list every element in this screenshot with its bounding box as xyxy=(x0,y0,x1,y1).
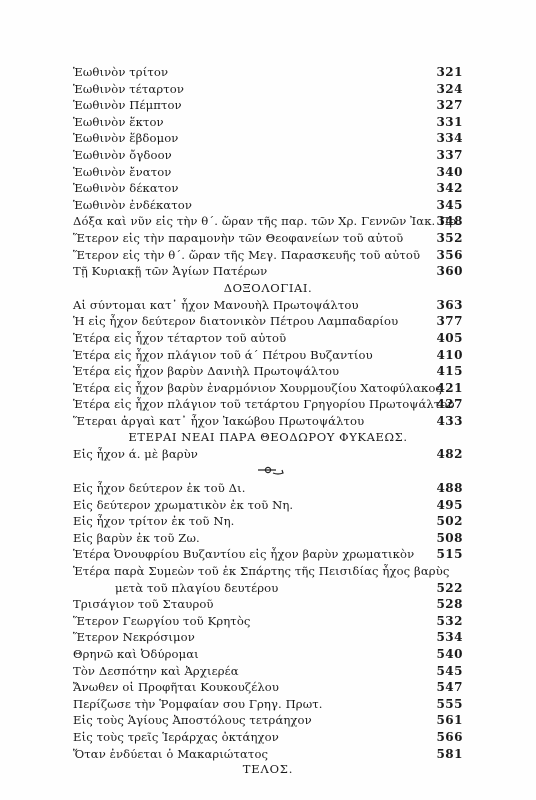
entry-page: 337 xyxy=(436,147,463,164)
entry-title: Εἰς ἦχον δεύτερον ἐκ τοῦ Δι. xyxy=(73,480,246,497)
toc-entry: Ἑωθινὸν ἕβδομον334 xyxy=(73,130,463,147)
entry-title: Ἑτέρα εἰς ἦχον τέταρτον τοῦ αὐτοῦ xyxy=(73,330,286,347)
entry-title: Ἑωθινὸν ἐνδέκατον xyxy=(73,197,192,214)
toc-entry: Ἑωθινὸν τέταρτον324 xyxy=(73,81,463,98)
entry-title: Ἕτερον εἰς τὴν θ΄. ὥραν τῆς Μεγ. Παρασκε… xyxy=(73,247,420,264)
entry-title: Εἰς βαρὺν ἐκ τοῦ Ζω. xyxy=(73,530,200,547)
toc-entry: Ἑωθινὸν ἕκτον331 xyxy=(73,114,463,131)
entry-title: Εἰς τοὺς τρεῖς Ἱεράρχας ὀκτάηχον xyxy=(73,729,279,746)
entry-page: 415 xyxy=(436,363,463,380)
toc-entry: Ἑωθινὸν ἔνατον340 xyxy=(73,164,463,181)
section-heading-fykaeos: ΕΤΕΡΑΙ ΝΕΑΙ ΠΑΡΑ ΘΕΟΔΩΡΟΥ ΦΥΚΑΕΩΣ. xyxy=(73,429,463,446)
entry-title: Εἰς ἦχον τρίτον ἐκ τοῦ Νη. xyxy=(73,513,234,530)
ornament-icon xyxy=(256,466,292,478)
toc-entry: Ἕτεραι ἀργαὶ κατ᾿ ἦχον Ἰακώβου Πρωτοψάλτ… xyxy=(73,413,463,430)
toc-entry-multiline-line1: Ἑτέρα παρὰ Συμεὼν τοῦ ἐκ Σπάρτης τῆς Πει… xyxy=(73,563,463,580)
entry-page: 561 xyxy=(436,712,463,729)
toc-entry: Ἑωθινὸν ὄγδοον337 xyxy=(73,147,463,164)
entry-page: 482 xyxy=(436,446,463,463)
entry-page: 360 xyxy=(436,263,463,280)
toc-entry: Αἱ σύντομαι κατ᾿ ἦχον Μανουὴλ Πρωτοψάλτο… xyxy=(73,297,463,314)
entry-page: 427 xyxy=(436,396,463,413)
toc-entry: Ἡ εἰς ἦχον δεύτερον διατονικὸν Πέτρου Λα… xyxy=(73,313,463,330)
entry-page: 502 xyxy=(436,513,463,530)
toc-entry: Ἑωθινὸν δέκατον342 xyxy=(73,180,463,197)
entry-title: Ἑωθινὸν ὄγδοον xyxy=(73,147,172,164)
entry-title: Ἑτέρα Ὀνουφρίου Βυζαντίου εἰς ἦχον βαρὺν… xyxy=(73,546,414,563)
entry-title: Εἰς τοὺς Ἁγίους Ἀποστόλους τετράηχον xyxy=(73,712,312,729)
entry-title: Ἕτερον εἰς τὴν παραμονὴν τῶν Θεοφανείων … xyxy=(73,230,403,247)
toc-entry: Ἑτέρα εἰς ἦχον τέταρτον τοῦ αὐτοῦ405 xyxy=(73,330,463,347)
entry-page: 515 xyxy=(436,546,463,563)
toc-entry: Ἑτέρα εἰς ἦχον βαρὺν Δανιὴλ Πρωτοψάλτου4… xyxy=(73,363,463,380)
toc-entry: Εἰς δεύτερον χρωματικὸν ἐκ τοῦ Νη.495 xyxy=(73,497,463,514)
entry-title: Ὅταν ἐνδύεται ὁ Μακαριώτατος xyxy=(73,746,268,763)
ornament-divider xyxy=(73,463,463,480)
entry-page: 410 xyxy=(436,347,463,364)
toc-entry: Δόξα καὶ νῦν εἰς τὴν θ΄. ὥραν τῆς παρ. τ… xyxy=(73,213,463,230)
toc-entry: Εἰς ἦχον δεύτερον ἐκ τοῦ Δι.488 xyxy=(73,480,463,497)
toc-entry: Εἰς τοὺς τρεῖς Ἱεράρχας ὀκτάηχον566 xyxy=(73,729,463,746)
entry-title: Δόξα καὶ νῦν εἰς τὴν θ΄. ὥραν τῆς παρ. τ… xyxy=(73,213,460,230)
entry-page: 547 xyxy=(436,679,463,696)
entry-page: 540 xyxy=(436,646,463,663)
entry-title: Ἕτερον Γεωργίου τοῦ Κρητὸς xyxy=(73,613,251,630)
entry-page: 324 xyxy=(436,81,463,98)
toc-entry: Τὸν Δεσπότην καὶ Ἀρχιερέα545 xyxy=(73,663,463,680)
entry-title: Ἑωθινὸν δέκατον xyxy=(73,180,179,197)
entry-page: 528 xyxy=(436,596,463,613)
toc-entry: Ἑτέρα εἰς ἦχον βαρὺν ἐναρμόνιον Χουρμουζ… xyxy=(73,380,463,397)
entry-page: 421 xyxy=(436,380,463,397)
entry-title: Ἑτέρα εἰς ἦχον βαρὺν ἐναρμόνιον Χουρμουζ… xyxy=(73,380,442,397)
entry-page: 488 xyxy=(436,480,463,497)
entry-page: 522 xyxy=(436,580,463,597)
toc-entry: Ἄνωθεν οἱ Προφῆται Κουκουζέλου547 xyxy=(73,679,463,696)
entry-title: Ἡ εἰς ἦχον δεύτερον διατονικὸν Πέτρου Λα… xyxy=(73,313,398,330)
toc-entry: Ἑτέρα εἰς ἦχον πλάγιον τοῦ ά΄ Πέτρου Βυζ… xyxy=(73,347,463,364)
entry-page: 352 xyxy=(436,230,463,247)
entry-title-continuation: μετὰ τοῦ πλαγίου δευτέρου xyxy=(115,580,278,597)
entry-title: Ἑτέρα εἰς ἦχον πλάγιον τοῦ ά΄ Πέτρου Βυζ… xyxy=(73,347,373,364)
entry-page: 321 xyxy=(436,64,463,81)
entry-page: 405 xyxy=(436,330,463,347)
entry-title: Ἑτέρα παρὰ Συμεὼν τοῦ ἐκ Σπάρτης τῆς Πει… xyxy=(73,563,449,580)
end-marker: ΤΕΛΟΣ. xyxy=(0,762,536,776)
section-heading-doxologies: ΔΟΞΟΛΟΓΙΑΙ. xyxy=(73,280,463,297)
toc-entry: Ἕτερον εἰς τὴν θ΄. ὥραν τῆς Μεγ. Παρασκε… xyxy=(73,247,463,264)
toc-entry: Ἑτέρα Ὀνουφρίου Βυζαντίου εἰς ἦχον βαρὺν… xyxy=(73,546,463,563)
entry-title: Ἑωθινὸν ἔνατον xyxy=(73,164,171,181)
entry-title: Τῇ Κυριακῇ τῶν Ἁγίων Πατέρων xyxy=(73,263,267,280)
entry-page: 545 xyxy=(436,663,463,680)
entry-page: 555 xyxy=(436,696,463,713)
entry-title: Ἑωθινὸν Πέμπτον xyxy=(73,97,182,114)
entry-page: 342 xyxy=(436,180,463,197)
entry-page: 508 xyxy=(436,530,463,547)
entry-title: Εἰς δεύτερον χρωματικὸν ἐκ τοῦ Νη. xyxy=(73,497,293,514)
entry-page: 331 xyxy=(436,114,463,131)
entry-page: 377 xyxy=(436,313,463,330)
entry-page: 345 xyxy=(436,197,463,214)
toc-entry: Ἑωθινὸν Πέμπτον327 xyxy=(73,97,463,114)
entry-title: Τὸν Δεσπότην καὶ Ἀρχιερέα xyxy=(73,663,239,680)
entry-title: Ἑτέρα εἰς ἦχον βαρὺν Δανιὴλ Πρωτοψάλτου xyxy=(73,363,339,380)
entry-page: 566 xyxy=(436,729,463,746)
toc-entry: Ἕτερον Γεωργίου τοῦ Κρητὸς532 xyxy=(73,613,463,630)
entry-title: Ἑωθινὸν ἕβδομον xyxy=(73,130,178,147)
entry-title: Περίζωσε τὴν Ῥομφαίαν σου Γρηγ. Πρωτ. xyxy=(73,696,323,713)
entry-page: 581 xyxy=(436,746,463,763)
entry-page: 340 xyxy=(436,164,463,181)
entry-title: Εἰς ἦχον ά. μὲ βαρὺν xyxy=(73,446,198,463)
entry-page: 534 xyxy=(436,629,463,646)
entry-title: Ἕτεραι ἀργαὶ κατ᾿ ἦχον Ἰακώβου Πρωτοψάλτ… xyxy=(73,413,364,430)
book-page: Ἑωθινὸν τρίτον321 Ἑωθινὸν τέταρτον324 Ἑω… xyxy=(0,0,536,800)
toc-entry: Ἑωθινὸν ἐνδέκατον345 xyxy=(73,197,463,214)
entry-page: 356 xyxy=(436,247,463,264)
entry-page: 348 xyxy=(436,213,463,230)
toc-entry: Εἰς βαρὺν ἐκ τοῦ Ζω.508 xyxy=(73,530,463,547)
entry-title: Αἱ σύντομαι κατ᾿ ἦχον Μανουὴλ Πρωτοψάλτο… xyxy=(73,297,359,314)
toc-entry: Ἕτερον εἰς τὴν παραμονὴν τῶν Θεοφανείων … xyxy=(73,230,463,247)
entry-page: 433 xyxy=(436,413,463,430)
table-of-contents: Ἑωθινὸν τρίτον321 Ἑωθινὸν τέταρτον324 Ἑω… xyxy=(73,64,463,762)
entry-page: 334 xyxy=(436,130,463,147)
entry-title: Ἑωθινὸν τρίτον xyxy=(73,64,168,81)
toc-entry: Εἰς ἦχον ά. μὲ βαρὺν482 xyxy=(73,446,463,463)
toc-entry: Ὅταν ἐνδύεται ὁ Μακαριώτατος581 xyxy=(73,746,463,763)
toc-entry-multiline-line2: μετὰ τοῦ πλαγίου δευτέρου522 xyxy=(73,580,463,597)
entry-title: Τρισάγιον τοῦ Σταυροῦ xyxy=(73,596,214,613)
toc-entry: Ἑτέρα εἰς ἦχον πλάγιον τοῦ τετάρτου Γρηγ… xyxy=(73,396,463,413)
entry-page: 327 xyxy=(436,97,463,114)
toc-entry: Εἰς τοὺς Ἁγίους Ἀποστόλους τετράηχον561 xyxy=(73,712,463,729)
entry-title: Θρηνῶ καὶ Ὀδύρομαι xyxy=(73,646,199,663)
toc-entry: Ἕτερον Νεκρόσιμον534 xyxy=(73,629,463,646)
toc-entry: Ἑωθινὸν τρίτον321 xyxy=(73,64,463,81)
entry-title: Ἄνωθεν οἱ Προφῆται Κουκουζέλου xyxy=(73,679,279,696)
entry-page: 532 xyxy=(436,613,463,630)
entry-page: 495 xyxy=(436,497,463,514)
toc-entry: Τρισάγιον τοῦ Σταυροῦ528 xyxy=(73,596,463,613)
entry-title: Ἑωθινὸν ἕκτον xyxy=(73,114,164,131)
toc-entry: Εἰς ἦχον τρίτον ἐκ τοῦ Νη.502 xyxy=(73,513,463,530)
entry-title: Ἕτερον Νεκρόσιμον xyxy=(73,629,195,646)
toc-entry: Τῇ Κυριακῇ τῶν Ἁγίων Πατέρων360 xyxy=(73,263,463,280)
toc-entry: Περίζωσε τὴν Ῥομφαίαν σου Γρηγ. Πρωτ.555 xyxy=(73,696,463,713)
toc-entry: Θρηνῶ καὶ Ὀδύρομαι540 xyxy=(73,646,463,663)
entry-title: Ἑωθινὸν τέταρτον xyxy=(73,81,184,98)
entry-title: Ἑτέρα εἰς ἦχον πλάγιον τοῦ τετάρτου Γρηγ… xyxy=(73,396,455,413)
entry-page: 363 xyxy=(436,297,463,314)
